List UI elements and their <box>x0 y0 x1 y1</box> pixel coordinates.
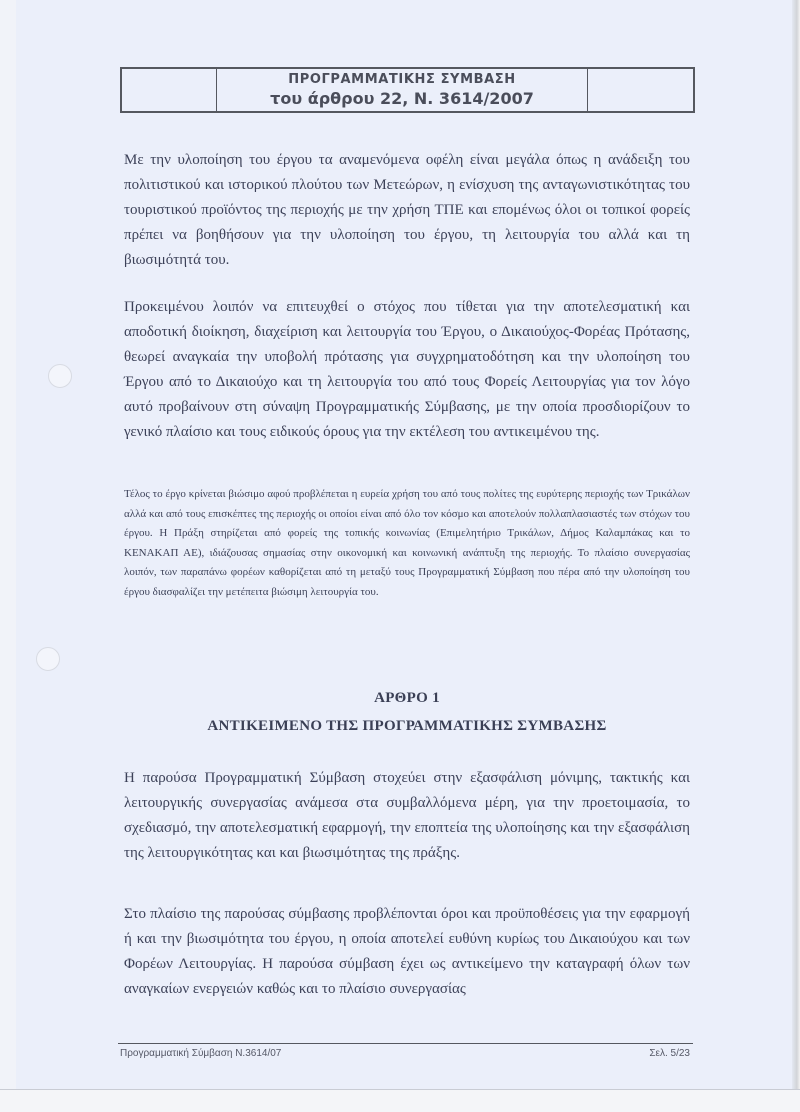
article-title: ΑΝΤΙΚΕΙΜΕΝΟ ΤΗΣ ΠΡΟΓΡΑΜΜΑΤΙΚΗΣ ΣΥΜΒΑΣΗΣ <box>124 718 690 735</box>
paragraph-text: Η παρούσα Προγραμματική Σύμβαση στοχεύει… <box>124 766 690 866</box>
article-paragraph-1: Η παρούσα Προγραμματική Σύμβαση στοχεύει… <box>124 766 690 866</box>
document-subtitle: του άρθρου 22, Ν. 3614/2007 <box>270 89 534 109</box>
intro-paragraph-1: Με την υλοποίηση του έργου τα αναμενόμεν… <box>124 148 690 273</box>
punch-hole-icon <box>36 647 60 671</box>
intro-paragraph-2: Προκειμένου λοιπόν να επιτευχθεί ο στόχο… <box>124 295 690 445</box>
article-number: ΑΡΘΡΟ 1 <box>124 690 690 707</box>
punch-hole-icon <box>48 364 72 388</box>
header-cell-right <box>588 69 693 111</box>
intro-paragraph-3: Τέλος το έργο κρίνεται βιώσιμο αφού προβ… <box>124 485 690 602</box>
scan-left-margin <box>0 0 16 1112</box>
header-cell-title: ΠΡΟΓΡΑΜΜΑΤΙΚΗΣ ΣΥΜΒΑΣΗ του άρθρου 22, Ν.… <box>217 69 588 111</box>
paragraph-text: Στο πλαίσιο της παρούσας σύμβασης προβλέ… <box>124 902 690 1002</box>
scan-bottom-edge <box>0 1089 800 1112</box>
paragraph-text: Με την υλοποίηση του έργου τα αναμενόμεν… <box>124 148 690 273</box>
footer-document-name: Προγραμματική Σύμβαση Ν.3614/07 <box>120 1048 281 1059</box>
header-cell-left <box>122 69 217 111</box>
header-table: ΠΡΟΓΡΑΜΜΑΤΙΚΗΣ ΣΥΜΒΑΣΗ του άρθρου 22, Ν.… <box>120 67 695 113</box>
paragraph-text: Τέλος το έργο κρίνεται βιώσιμο αφού προβ… <box>124 485 690 602</box>
footer-divider <box>118 1043 693 1044</box>
article-paragraph-2: Στο πλαίσιο της παρούσας σύμβασης προβλέ… <box>124 902 690 1002</box>
paragraph-text: Προκειμένου λοιπόν να επιτευχθεί ο στόχο… <box>124 295 690 445</box>
document-title: ΠΡΟΓΡΑΜΜΑΤΙΚΗΣ ΣΥΜΒΑΣΗ <box>288 71 516 89</box>
scan-right-edge <box>792 0 800 1090</box>
footer-page-number: Σελ. 5/23 <box>649 1048 690 1059</box>
